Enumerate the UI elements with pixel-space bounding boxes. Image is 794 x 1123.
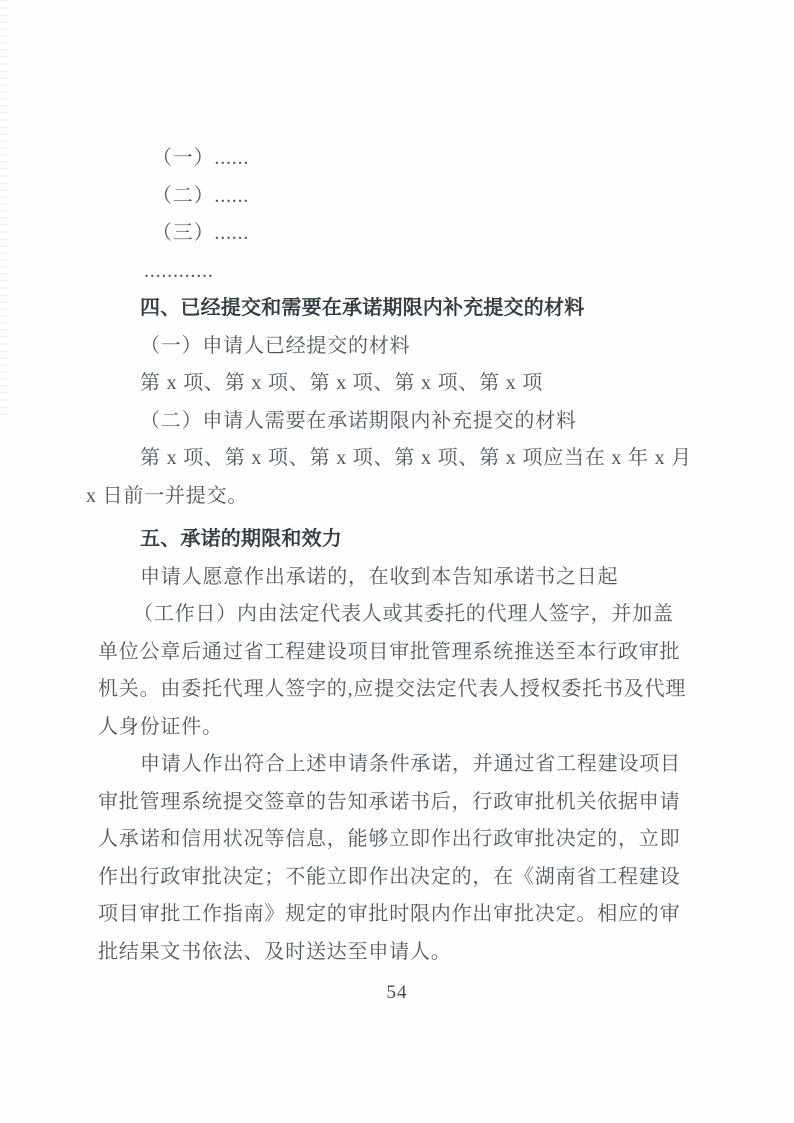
text-line: （工作日）内由法定代表人或其委托的代理人签字，并加盖: [98, 596, 698, 634]
supplement-deadline-line: x 日前一并提交。: [86, 478, 698, 516]
ellipsis-line: ............: [98, 253, 698, 291]
supplement-items-line: 第 x 项、第 x 项、第 x 项、第 x 项、第 x 项应当在 x 年 x 月: [98, 440, 698, 478]
text-line: 申请人愿意作出承诺的，在收到本告知承诺书之日起: [98, 559, 698, 597]
text-line: 单位公章后通过省工程建设项目审批管理系统推送至本行政审批: [98, 634, 698, 672]
document-page: （一）...... （二）...... （三）...... ..........…: [0, 0, 794, 1123]
scan-noise-edge: [0, 0, 8, 420]
document-body: （一）...... （二）...... （三）...... ..........…: [98, 140, 698, 971]
text-line: 申请人作出符合上述申请条件承诺，并通过省工程建设项目: [98, 746, 698, 784]
text-line: 机关。由委托代理人签字的,应提交法定代表人授权委托书及代理: [98, 671, 698, 709]
subsection-1-title: （一）申请人已经提交的材料: [98, 328, 698, 366]
text-line: 批结果文书依法、及时送达至申请人。: [98, 934, 698, 972]
list-item-two: （二）......: [98, 178, 698, 216]
text-line: 审批管理系统提交签章的告知承诺书后，行政审批机关依据申请: [98, 784, 698, 822]
text-line: 人承诺和信用状况等信息，能够立即作出行政审批决定的，立即: [98, 821, 698, 859]
list-item-three: （三）......: [98, 215, 698, 253]
submitted-items-line: 第 x 项、第 x 项、第 x 项、第 x 项、第 x 项: [98, 365, 698, 403]
list-item-one: （一）......: [98, 140, 698, 178]
text-line: 作出行政审批决定；不能立即作出决定的，在《湖南省工程建设: [98, 859, 698, 897]
section-heading-4: 四、已经提交和需要在承诺期限内补充提交的材料: [98, 290, 698, 328]
text-line: 项目审批工作指南》规定的审批时限内作出审批决定。相应的审: [98, 896, 698, 934]
page-number: 54: [0, 982, 794, 1004]
section-heading-5: 五、承诺的期限和效力: [98, 521, 698, 559]
text-line: 人身份证件。: [98, 709, 698, 747]
subsection-2-title: （二）申请人需要在承诺期限内补充提交的材料: [98, 403, 698, 441]
